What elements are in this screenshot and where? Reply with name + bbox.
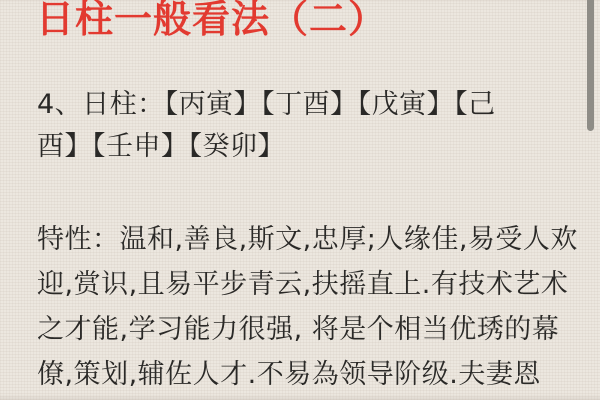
pillar-text-line: 4、日柱：【丙寅】【丁酉】【戊寅】【己 bbox=[37, 84, 496, 126]
traits-text-line: 特性：温和,善良,斯文,忠厚;人缘佳,易受人欢 bbox=[37, 217, 578, 262]
pillar-text-line: 酉】【壬申】【癸卯】 bbox=[37, 126, 496, 168]
traits-text-line: 僚,策划,辅佐人才.不易為领导阶级.夫妻恩 bbox=[37, 352, 578, 397]
traits-text-line: 迎,赏识,且易平步青云,扶摇直上.有技术艺术 bbox=[37, 262, 578, 307]
traits-text-line: 之才能,学习能力很强, 将是个相当优琇的幕 bbox=[37, 307, 578, 352]
scrollbar-thumb[interactable] bbox=[587, 0, 594, 131]
page-title: 日柱一般看法（二） bbox=[36, 0, 387, 43]
traits-paragraph: 特性：温和,善良,斯文,忠厚;人缘佳,易受人欢 迎,赏识,且易平步青云,扶摇直上… bbox=[37, 217, 578, 397]
pillar-paragraph: 4、日柱：【丙寅】【丁酉】【戊寅】【己 酉】【壬申】【癸卯】 bbox=[37, 84, 496, 168]
article-page: 日柱一般看法（二） 4、日柱：【丙寅】【丁酉】【戊寅】【己 酉】【壬申】【癸卯】… bbox=[0, 0, 600, 400]
